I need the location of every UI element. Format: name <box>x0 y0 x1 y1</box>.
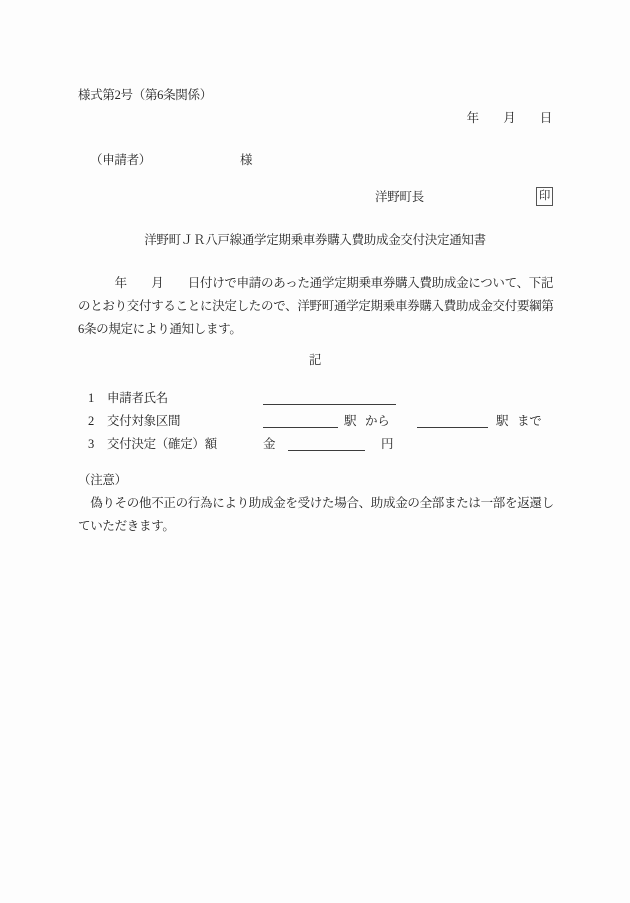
item-number: 3 <box>88 433 94 456</box>
notice-heading: （注意） <box>78 469 552 492</box>
list-item-route-section: 2 交付対象区間 駅 から 駅 まで <box>78 410 552 433</box>
addressee-honorific: 様 <box>240 149 252 172</box>
document-page: 様式第2号（第6条関係） 年 月 日 （申請者） 様 洋野町長 印 洋野町ＪＲ八… <box>0 0 630 903</box>
sender-row: 洋野町長 印 <box>78 186 552 209</box>
station-suffix-2: 駅 <box>496 410 508 433</box>
record-marker: 記 <box>78 349 552 372</box>
list-item-applicant-name: 1 申請者氏名 <box>78 387 552 410</box>
item-number: 1 <box>88 387 94 410</box>
notice-line-2: ていただきます。 <box>78 515 552 538</box>
notice-line-1: 偽りその他不正の行為により助成金を受けた場合、助成金の全部または一部を返還し <box>78 492 552 515</box>
from-label: から <box>365 410 389 433</box>
station-suffix-1: 駅 <box>344 410 356 433</box>
document-content: 様式第2号（第6条関係） 年 月 日 （申請者） 様 洋野町長 印 洋野町ＪＲ八… <box>78 84 552 538</box>
sender-title: 洋野町長 <box>375 186 424 209</box>
fill-blank-amount <box>288 435 365 451</box>
item-label: 交付決定（確定）額 <box>107 433 217 456</box>
notice-section: （注意） 偽りその他不正の行為により助成金を受けた場合、助成金の全部または一部を… <box>78 469 552 538</box>
to-label: まで <box>517 410 541 433</box>
fill-blank-station-from <box>263 412 338 428</box>
item-label: 交付対象区間 <box>107 410 180 433</box>
item-label: 申請者氏名 <box>107 387 168 410</box>
body-line-1: 年 月 日付けで申請のあった通学定期乗車券購入費助成金について、下記 <box>78 272 552 295</box>
fill-blank-station-to <box>417 412 488 428</box>
document-title: 洋野町ＪＲ八戸線通学定期乗車券購入費助成金交付決定通知書 <box>78 229 552 252</box>
currency-prefix: 金 <box>263 433 275 456</box>
body-line-3: 6条の規定により通知します。 <box>78 318 552 341</box>
item-list: 1 申請者氏名 2 交付対象区間 駅 から 駅 まで 3 交付決定（確定）額 金… <box>78 387 552 456</box>
fill-blank-applicant-name <box>263 389 396 405</box>
list-item-grant-amount: 3 交付決定（確定）額 金 円 <box>78 433 552 456</box>
form-number: 様式第2号（第6条関係） <box>78 84 552 107</box>
seal-mark: 印 <box>536 187 553 206</box>
currency-suffix: 円 <box>381 433 393 456</box>
addressee-label: （申請者） <box>90 149 151 172</box>
body-line-2: のとおり交付することに決定したので、洋野町通学定期乗車券購入費助成金交付要綱第 <box>78 295 552 318</box>
body-paragraph: 年 月 日付けで申請のあった通学定期乗車券購入費助成金について、下記 のとおり交… <box>78 272 552 341</box>
date-line: 年 月 日 <box>78 107 552 130</box>
item-number: 2 <box>88 410 94 433</box>
addressee-row: （申請者） 様 <box>78 149 552 172</box>
